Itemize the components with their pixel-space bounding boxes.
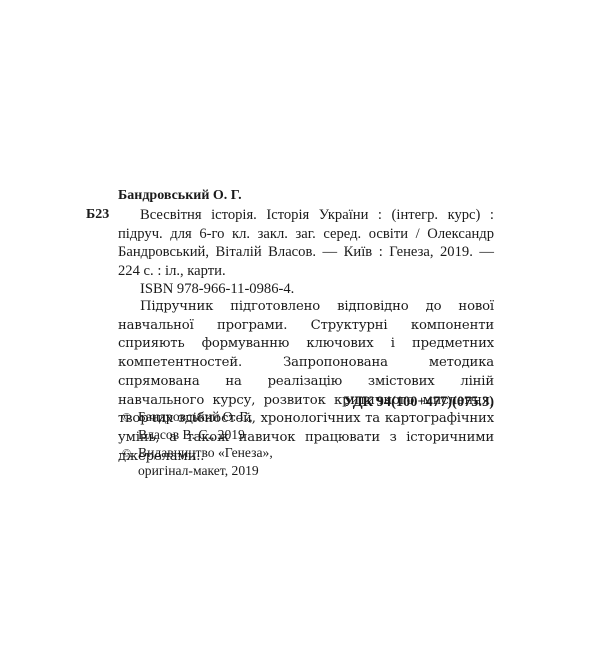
copyright-line: Власов В. С., 2019	[138, 426, 273, 444]
copyright-line: Бандровський О. Г.,	[138, 408, 273, 426]
copyright-icon: ©	[122, 444, 131, 462]
copyright-block: © Бандровський О. Г., Власов В. С., 2019…	[122, 408, 273, 480]
copyright-authors: © Бандровський О. Г., Власов В. С., 2019	[122, 408, 273, 444]
copyright-line: оригінал-макет, 2019	[138, 462, 273, 480]
isbn: ISBN 978-966-11-0986-4.	[140, 280, 294, 298]
bibliographic-description: Всесвітня історія. Історія України : (ін…	[118, 206, 494, 280]
copyright-publisher: © Видавництво «Генеза», оригінал-макет, …	[122, 444, 273, 480]
copyright-icon: ©	[122, 408, 131, 426]
udc-code: УДК 94(100+477)(075.3)	[344, 393, 494, 411]
classification-code: Б23	[86, 206, 109, 224]
author-heading: Бандровський О. Г.	[118, 187, 242, 205]
copyright-line: Видавництво «Генеза»,	[138, 444, 273, 462]
catalog-card-page: Бандровський О. Г. Б23 Всесвітня історія…	[0, 0, 610, 650]
